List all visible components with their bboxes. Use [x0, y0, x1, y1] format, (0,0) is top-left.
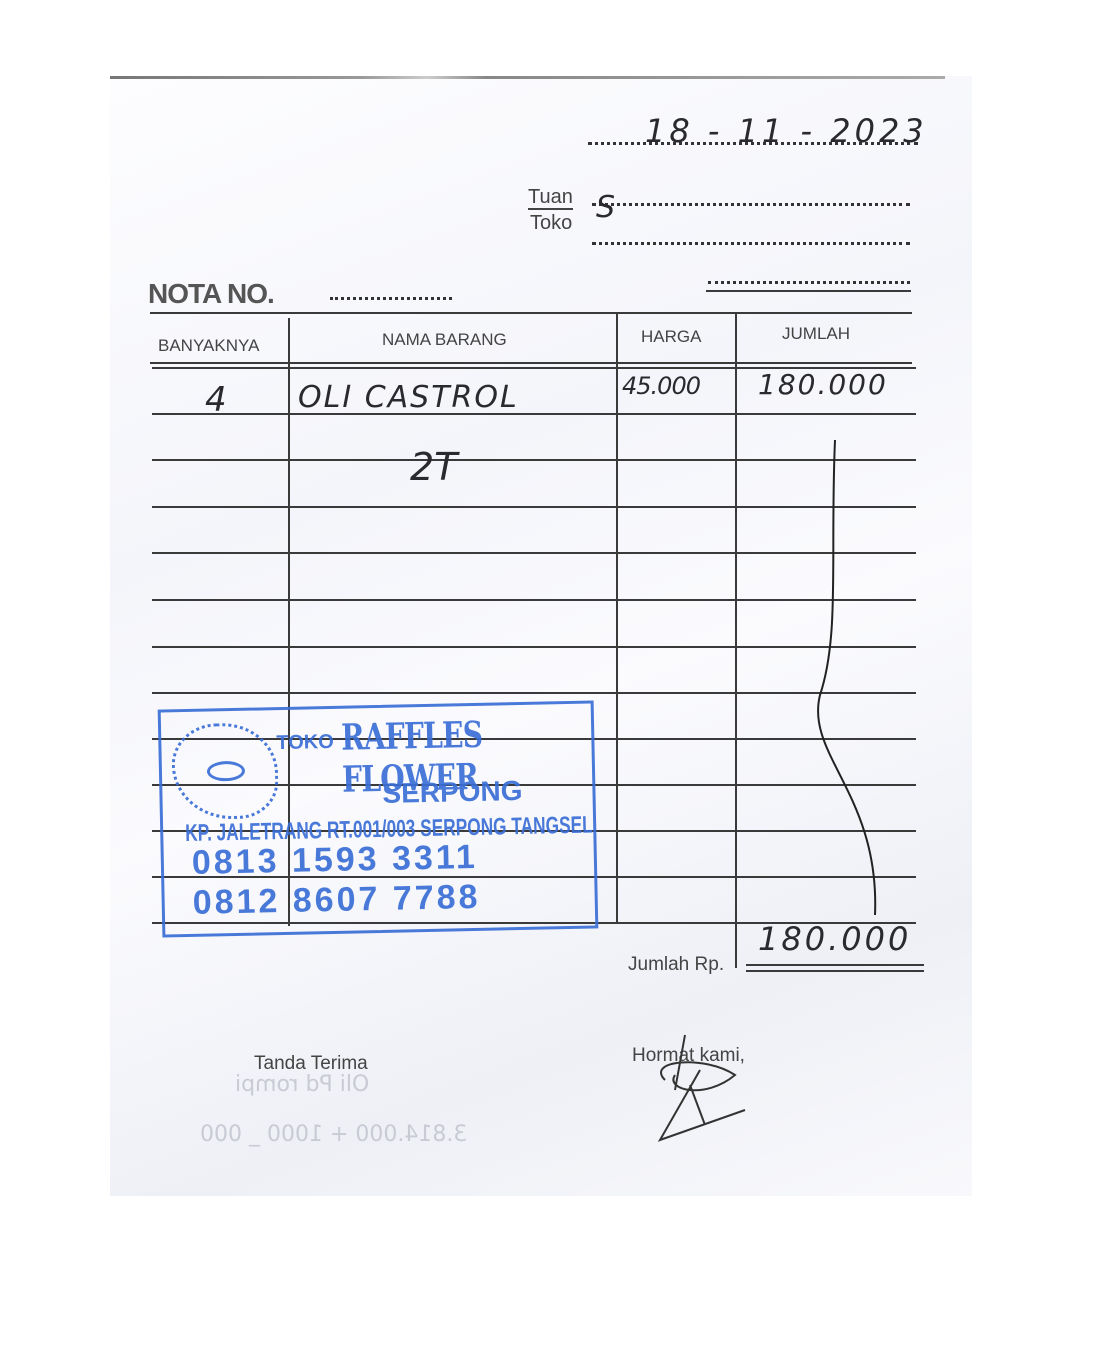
total-label: Jumlah Rp.	[628, 954, 724, 976]
stamp-city: SERPONG	[382, 775, 523, 810]
table-row-line	[152, 552, 916, 554]
table-row-line	[152, 599, 916, 601]
tuan-label: Tuan	[528, 186, 573, 210]
col-divider-2	[616, 313, 618, 923]
strike-line	[810, 435, 900, 935]
total-value: 180.000	[758, 920, 911, 958]
header-amount: JUMLAH	[782, 324, 850, 344]
store-stamp: TOKO RAFFLES FLOWER SERPONG KP. JALETRAN…	[158, 700, 599, 937]
item-amount: 180.000	[758, 368, 888, 401]
table-row-line	[152, 692, 916, 694]
table-row-line	[152, 413, 916, 415]
header-item-name: NAMA BARANG	[382, 330, 507, 350]
bleed-through-line-1: Oli Pd rompi	[235, 1072, 369, 1097]
header-price: HARGA	[641, 327, 701, 347]
stamp-prefix: TOKO	[276, 731, 334, 755]
customer-value: S	[596, 190, 615, 225]
header-qty: BANYAKNYA	[158, 336, 259, 356]
stamp-phone-2: 0812 8607 7788	[192, 878, 481, 923]
table-row-line	[152, 646, 916, 648]
date-value: 18 - 11 - 2023	[645, 112, 928, 150]
item-name: OLI CASTROL	[298, 380, 519, 415]
toko-label: Toko	[530, 212, 572, 235]
nota-number-line	[330, 297, 452, 300]
total-underline-1	[746, 964, 924, 966]
total-underline-2	[746, 970, 924, 972]
flower-logo-icon	[171, 722, 279, 820]
table-row-line	[152, 506, 916, 508]
bleed-through-line-2: 3.814.000 + 1000 _ 000	[200, 1122, 467, 1147]
customer-underline	[706, 290, 911, 292]
table-top-border	[150, 312, 912, 314]
col-divider-3	[735, 313, 737, 968]
customer-line-3	[708, 281, 910, 284]
nota-label: NOTA NO.	[148, 278, 274, 310]
table-row-line	[152, 459, 916, 461]
paper-edge	[110, 76, 945, 79]
stamp-phone-1: 0813 1593 3311	[191, 838, 478, 883]
customer-line-2	[592, 242, 910, 245]
table-header-border	[150, 362, 912, 364]
signature	[645, 1030, 765, 1150]
item-qty: 4	[205, 380, 227, 420]
item-name-line2: 2T	[410, 445, 457, 489]
customer-line-1	[592, 203, 910, 206]
item-price: 45.000	[622, 372, 700, 400]
